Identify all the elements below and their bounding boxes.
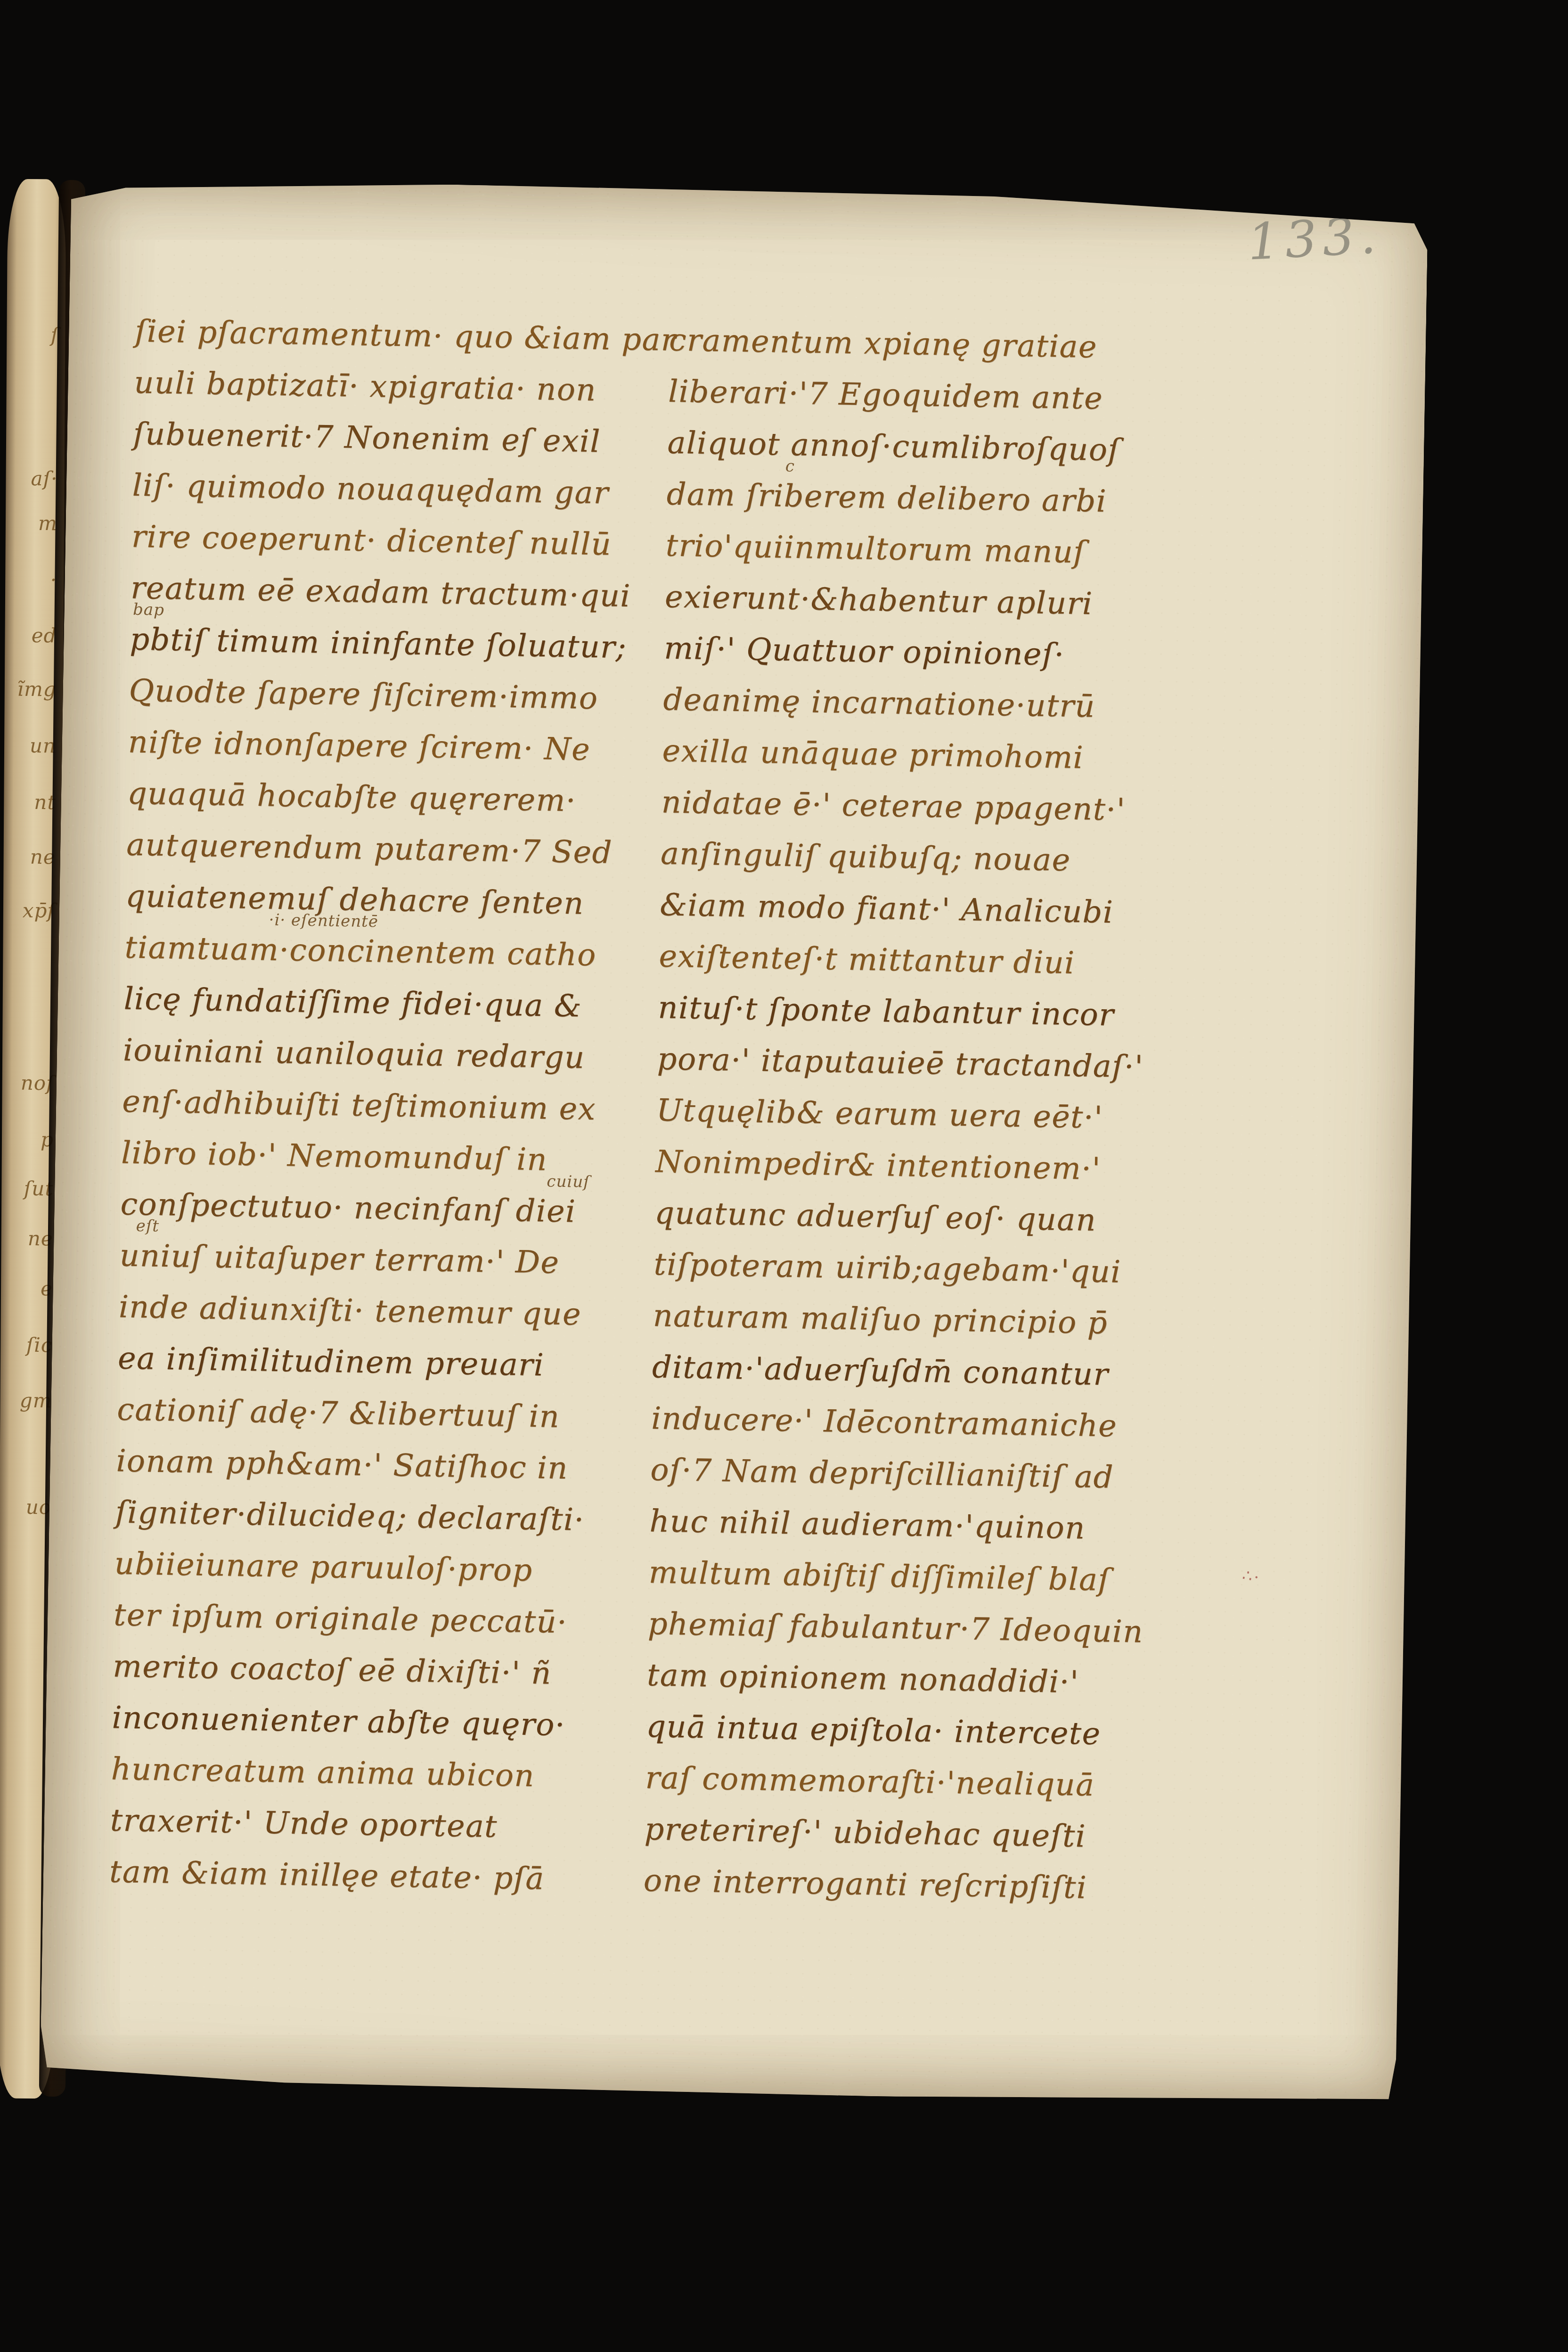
text-line: traxerit·' Unde oporteat — [110, 1795, 643, 1855]
text-line: inconuenienter abſte quęro· — [112, 1692, 645, 1752]
text-line: huc nihil audieram·'quinon — [649, 1495, 1214, 1556]
text-line: uniuſ uitaſuper terram·' De — [119, 1230, 653, 1290]
interlinear-gloss: cuiuſ — [547, 1173, 590, 1190]
manuscript-page: 133. ſiei pſacramentum· quo &iam paruuli… — [40, 178, 1429, 2105]
text-line: autquerendum putarem·7 Sed — [126, 819, 659, 880]
edge-text-fragment: aſ· — [31, 469, 57, 489]
text-line: miſ·' Quattuor opinioneſ· — [663, 622, 1228, 683]
interlinear-gloss: c — [785, 458, 795, 474]
text-line: ionam pph&am·' Satiſhoc in — [116, 1435, 649, 1495]
edge-text-fragment: ĩmg — [17, 679, 57, 700]
text-line: nituſ·t ſponte labantur incor — [658, 982, 1222, 1043]
text-line: naturam maliſuo principio p̄ — [653, 1290, 1217, 1351]
text-line: aliquot annoſ·cumlibroſquoſ — [667, 417, 1232, 478]
text-line: ter ipſum originale peccatū· — [113, 1589, 646, 1650]
text-line: preterireſ·' ubidehac queſti — [644, 1804, 1209, 1864]
text-line: pbtiſ timum ininfante ſoluatur; — [130, 614, 663, 674]
text-line: multum abiſtiſ diſſimileſ blaſ — [648, 1547, 1213, 1608]
edge-text-fragment: xp̄ſ — [23, 901, 55, 921]
text-line: reatum eē exadam tractum·qui — [130, 563, 663, 623]
text-line: raſ commemoraſti·'nealiquā — [645, 1752, 1209, 1813]
text-line: rire coeperunt· dicenteſ nullū — [131, 511, 664, 572]
text-line: inducere·' Idēcontramaniche — [651, 1393, 1215, 1454]
text-line: liſ· quimodo nouaquędam gar — [132, 460, 665, 520]
text-line: liberari·'7 Egoquidem ante — [668, 366, 1232, 426]
text-line: &iam modo fiant·' Analicubi — [659, 879, 1224, 940]
text-line: inde adiunxiſti· tenemur que — [118, 1281, 652, 1341]
text-line: Utquęlib& earum uera eēt·' — [656, 1085, 1220, 1145]
text-line: exierunt·&habentur apluri — [664, 571, 1229, 632]
text-line: cationiſ adę·7 &libertuuſ in — [116, 1384, 650, 1444]
text-line: quiatenemuſ dehacre ſenten — [125, 871, 659, 931]
text-line: enſ·adhibuiſti teſtimonium ex — [122, 1076, 655, 1136]
edge-text-fragment: un — [30, 736, 56, 756]
text-line: phemiaſ fabulantur·7 Ideoquin — [647, 1598, 1212, 1659]
text-line: huncreatum anima ubicon — [111, 1743, 644, 1804]
text-line: quaquā hocabſte quęrerem· — [127, 768, 660, 828]
edge-text-fragment: ed — [32, 626, 57, 645]
text-line: tiamtuam·concinentem catho — [124, 922, 658, 982]
text-line: Nonimpedir& intentionem·' — [655, 1136, 1219, 1197]
text-line: exilla unāquae primohomi — [662, 725, 1226, 786]
text-line: pora·' itaputauieē tractandaſ·' — [657, 1033, 1221, 1094]
text-line: anſinguliſ quibuſq; nouae — [660, 828, 1225, 889]
text-line: ea inſimilitudinem preuari — [117, 1332, 651, 1393]
text-column-right: cramentum xpianę gratiaeliberari·'7 Egoq… — [643, 314, 1233, 1915]
text-column-left: ſiei pſacramentum· quo &iam paruuli bapt… — [109, 306, 668, 1906]
text-line: tam &iam inillęe etate· pſā — [109, 1846, 642, 1906]
text-line: iouiniani uaniloquia redargu — [122, 1024, 656, 1085]
text-line: Quodte ſapere ſiſcirem·immo — [129, 665, 662, 726]
interlinear-gloss: ·i· eſentientē — [269, 912, 378, 930]
text-line: oſ·7 Nam depriſcillianiſtiſ ad — [650, 1444, 1215, 1505]
text-line: ubiieiunare paruuloſ·prop — [114, 1538, 647, 1598]
text-line: deanimę incarnatione·utrū — [663, 674, 1227, 735]
text-line: nidatae ē·' ceterae ppagent·' — [661, 776, 1225, 837]
text-line: quatunc aduerſuſ eoſ· quan — [654, 1187, 1219, 1248]
interlinear-gloss: bap — [133, 602, 164, 618]
text-line: one interroganti reſcripſiſti — [643, 1855, 1208, 1916]
text-line: ſigniter·dilucideq; declaraſti· — [115, 1486, 648, 1547]
text-line: quā intua epiſtola· intercete — [645, 1701, 1210, 1762]
text-line: ſubuenerit·7 Nonenim eſ exil — [133, 408, 666, 469]
text-line: merito coactoſ eē dixiſti·' ñ — [112, 1641, 645, 1701]
text-line: tam opinionem nonaddidi·' — [646, 1650, 1211, 1710]
edge-text-fragment: m — [38, 514, 57, 533]
text-line: trio'quiinmultorum manuſ — [665, 520, 1230, 580]
text-line: ditam·'aduerſuſdm̄ conantur — [652, 1341, 1216, 1402]
text-line: niſte idnonſapere ſcirem· Ne — [128, 717, 661, 777]
folio-number-pencil: 133. — [1246, 210, 1382, 269]
margin-mark: ∴· — [1241, 1566, 1262, 1588]
text-line: dam ſriberem delibero arbi — [666, 468, 1231, 529]
text-line: tiſpoteram uirib;agebam·'qui — [653, 1239, 1218, 1299]
text-line: uuli baptizatī· xpigratia· non — [134, 357, 667, 417]
interlinear-gloss: eſt — [136, 1218, 159, 1234]
text-line: cramentum xpianę gratiae — [669, 314, 1233, 375]
text-line: exiſtenteſ·t mittantur diui — [659, 931, 1223, 991]
text-line: licę fundatiſſime fidei·qua & — [123, 973, 657, 1033]
text-line: ſiei pſacramentum· quo &iam par — [134, 306, 668, 366]
manuscript-photo: ſaſ·m·edĩmgunntnexp̄ſnoſpſutneeſicgmuo 1… — [0, 0, 1568, 2352]
